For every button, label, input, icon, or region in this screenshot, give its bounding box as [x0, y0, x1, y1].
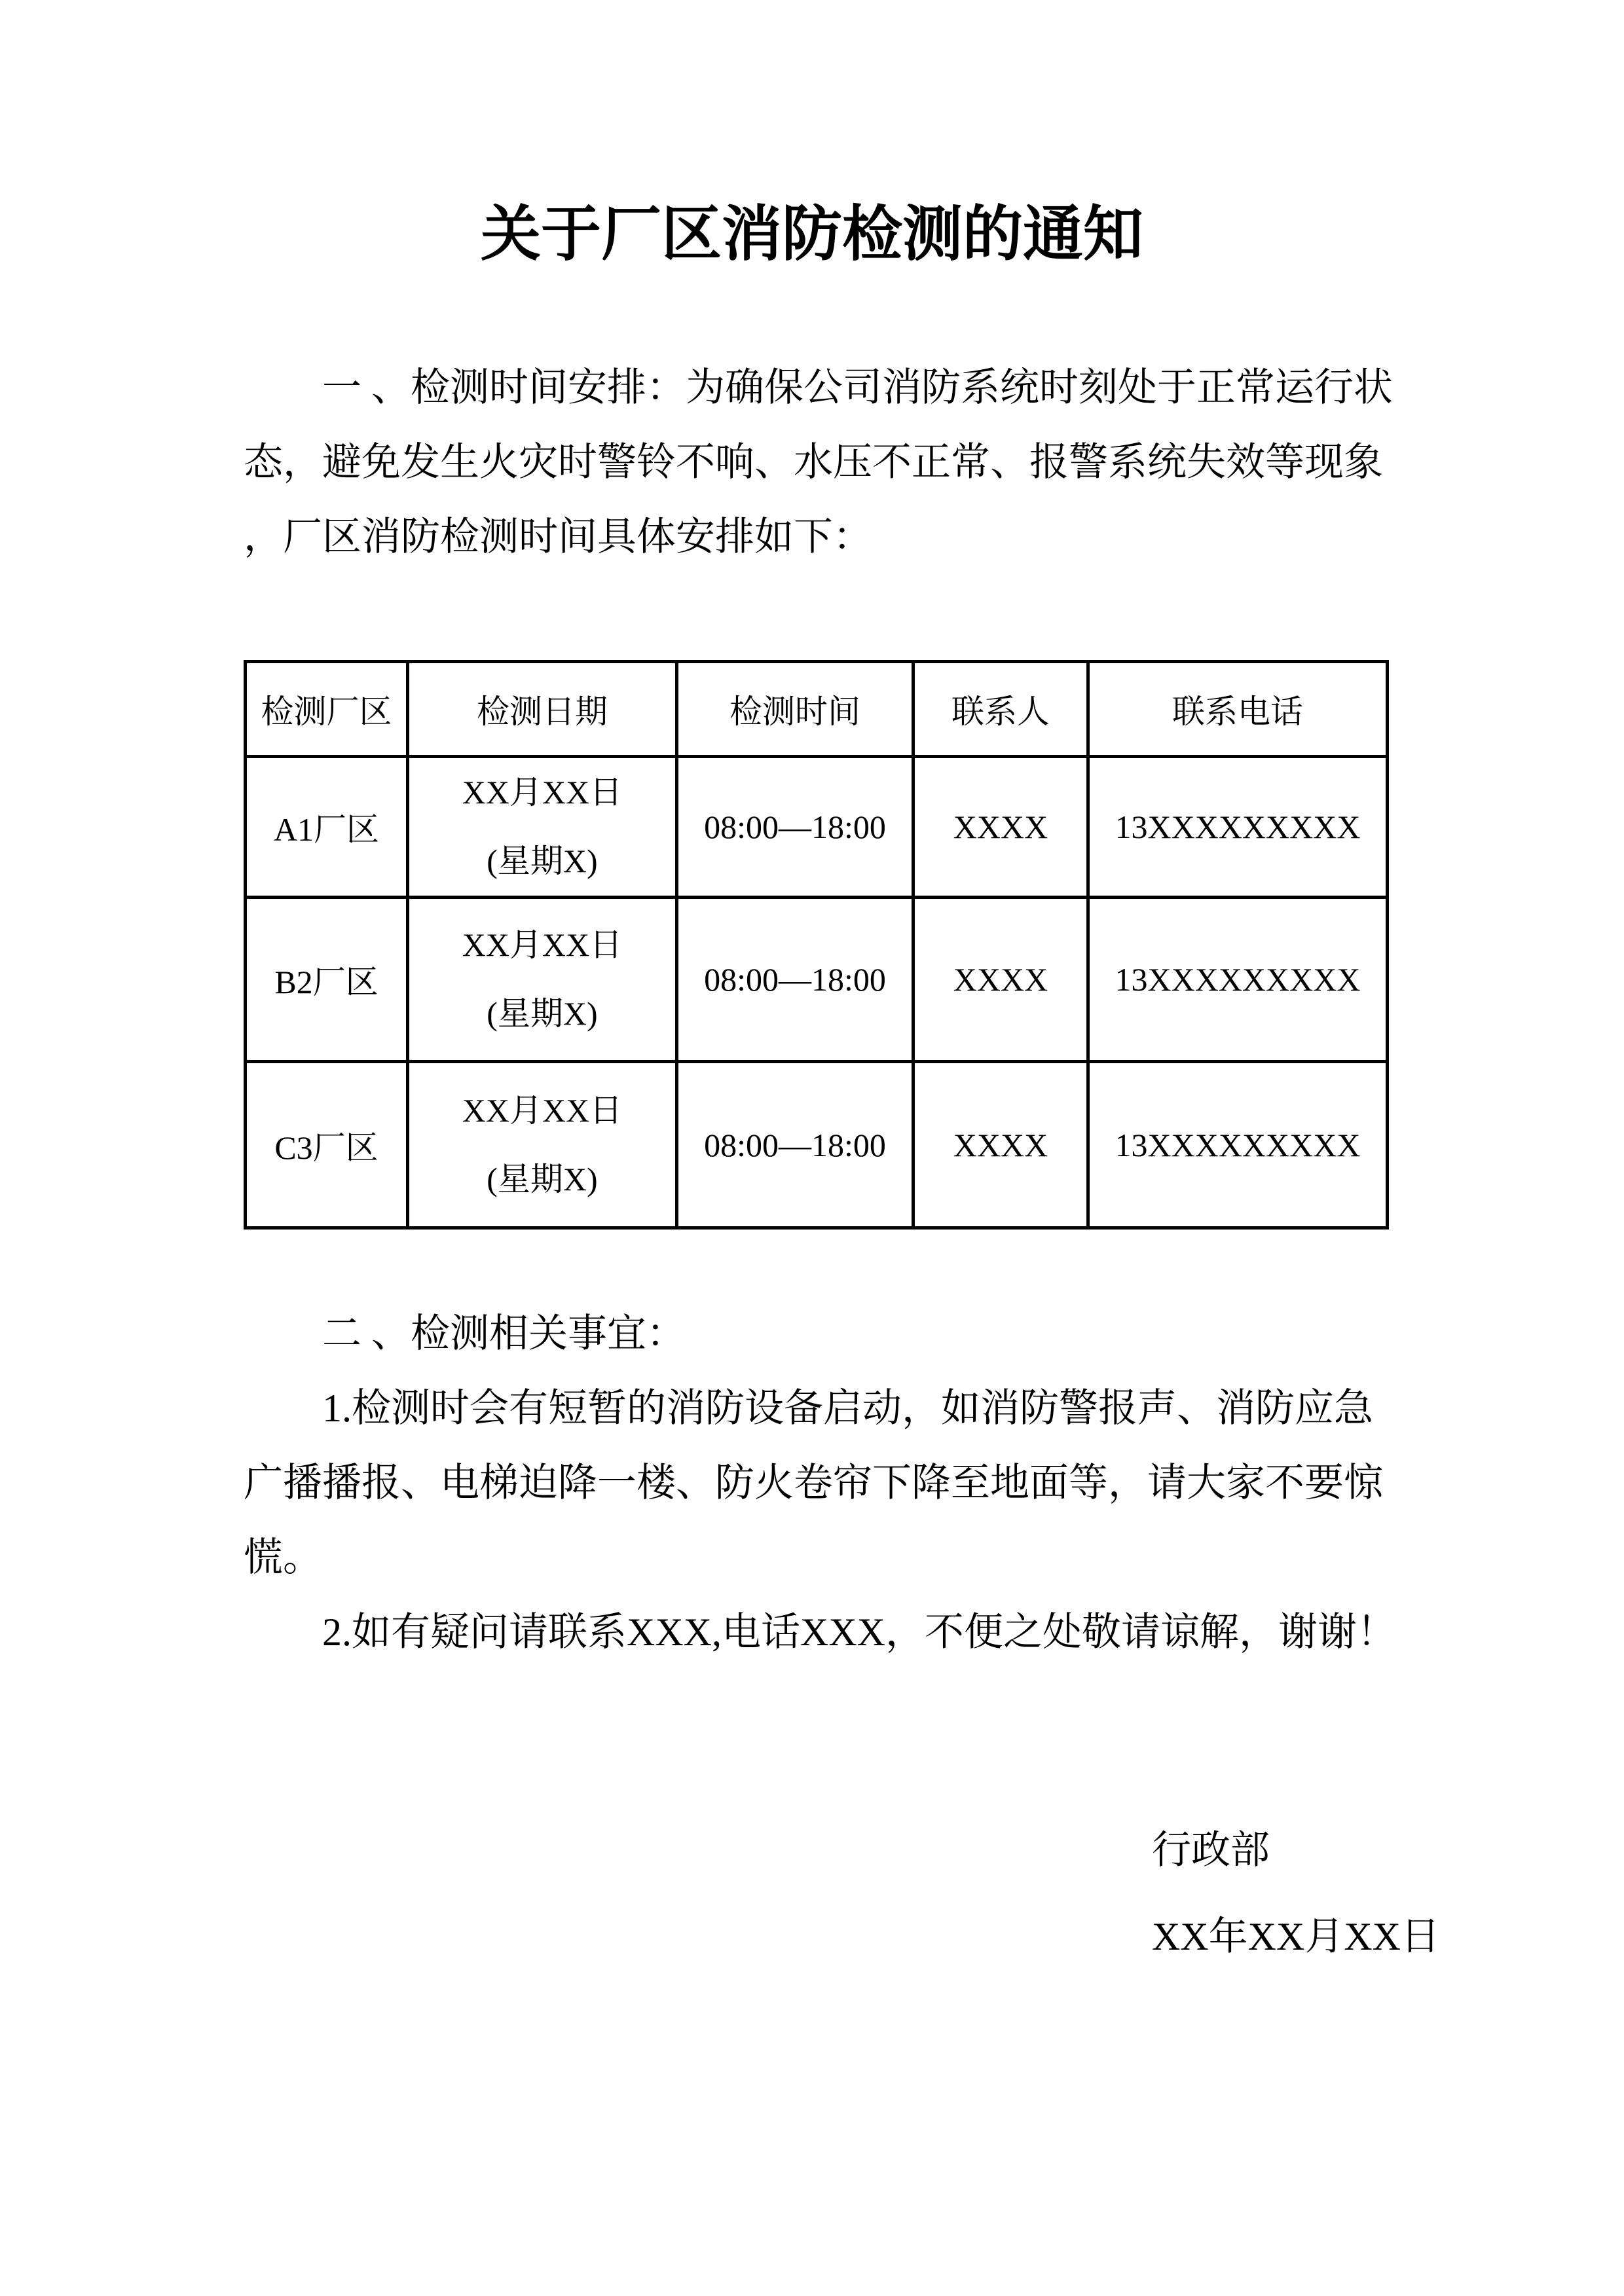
section2-item2: 2.如有疑问请联系XXX,电话XXX，不便之处敬请谅解，谢谢！: [244, 1609, 1475, 1655]
cell-phone: 13XXXXXXXXX: [1088, 898, 1388, 1062]
cell-time: 08:00—18:00: [677, 1062, 913, 1228]
section2-heading: 二 、检测相关事宜：: [244, 1311, 1475, 1357]
header-date: 检测日期: [408, 662, 677, 757]
cell-contact: XXXX: [913, 757, 1088, 898]
cell-date: XX月XX日 (星期X): [408, 1062, 677, 1228]
paragraph1-line3: ，厂区消防检测时间具体安排如下：: [244, 514, 1396, 560]
cell-date-line2: (星期X): [409, 827, 675, 896]
cell-time: 08:00—18:00: [677, 898, 913, 1062]
table-row: C3厂区 XX月XX日 (星期X) 08:00—18:00 XXXX 13XXX…: [246, 1062, 1388, 1228]
cell-contact: XXXX: [913, 898, 1088, 1062]
cell-phone: 13XXXXXXXXX: [1088, 757, 1388, 898]
signature-date: XX年XX月XX日: [1152, 1913, 1440, 1960]
cell-date-line2: (星期X): [409, 1145, 675, 1214]
table-row: B2厂区 XX月XX日 (星期X) 08:00—18:00 XXXX 13XXX…: [246, 898, 1388, 1062]
cell-date-line1: XX月XX日: [409, 1076, 675, 1145]
cell-contact: XXXX: [913, 1062, 1088, 1228]
cell-date-line1: XX月XX日: [409, 758, 675, 827]
cell-date: XX月XX日 (星期X): [408, 757, 677, 898]
document-page: 关于厂区消防检测的通知 一 、检测时间安排：为确保公司消防系统时刻处于正常运行状…: [0, 0, 1624, 2296]
section2-item1-line2: 广播播报、电梯迫降一楼、防火卷帘下降至地面等，请大家不要惊: [244, 1460, 1396, 1506]
cell-phone: 13XXXXXXXXX: [1088, 1062, 1388, 1228]
paragraph1-line2: 态，避免发生火灾时警铃不响、水压不正常、报警系统失效等现象: [244, 439, 1396, 485]
cell-date: XX月XX日 (星期X): [408, 898, 677, 1062]
signature-department: 行政部: [1152, 1827, 1270, 1874]
cell-area: A1厂区: [246, 757, 408, 898]
paragraph1-line1: 一 、检测时间安排：为确保公司消防系统时刻处于正常运行状: [244, 365, 1475, 410]
table-row: A1厂区 XX月XX日 (星期X) 08:00—18:00 XXXX 13XXX…: [246, 757, 1388, 898]
table-header-row: 检测厂区 检测日期 检测时间 联系人 联系电话: [246, 662, 1388, 757]
cell-date-line2: (星期X): [409, 979, 675, 1048]
inspection-schedule-table: 检测厂区 检测日期 检测时间 联系人 联系电话 A1厂区 XX月XX日 (星期X…: [244, 660, 1389, 1230]
header-contact: 联系人: [913, 662, 1088, 757]
section2-item1-line3: 慌。: [244, 1535, 1396, 1580]
cell-date-line1: XX月XX日: [409, 911, 675, 979]
header-phone: 联系电话: [1088, 662, 1388, 757]
cell-area: C3厂区: [246, 1062, 408, 1228]
header-area: 检测厂区: [246, 662, 408, 757]
header-time: 检测时间: [677, 662, 913, 757]
cell-time: 08:00—18:00: [677, 757, 913, 898]
document-title: 关于厂区消防检测的通知: [0, 198, 1624, 270]
cell-area: B2厂区: [246, 898, 408, 1062]
section2-item1-line1: 1.检测时会有短暂的消防设备启动，如消防警报声、消防应急: [244, 1385, 1475, 1431]
